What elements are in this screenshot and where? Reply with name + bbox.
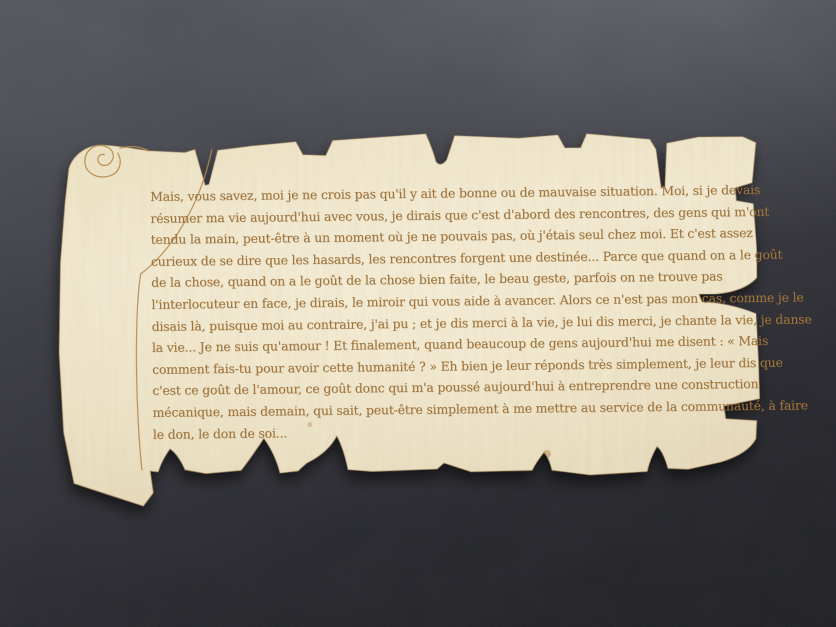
engraved-text-block: Mais, vous savez, moi je ne crois pas qu… <box>150 179 775 445</box>
parchment-plaque: Mais, vous savez, moi je ne crois pas qu… <box>0 0 836 627</box>
photo-stage: Mais, vous savez, moi je ne crois pas qu… <box>0 0 836 627</box>
